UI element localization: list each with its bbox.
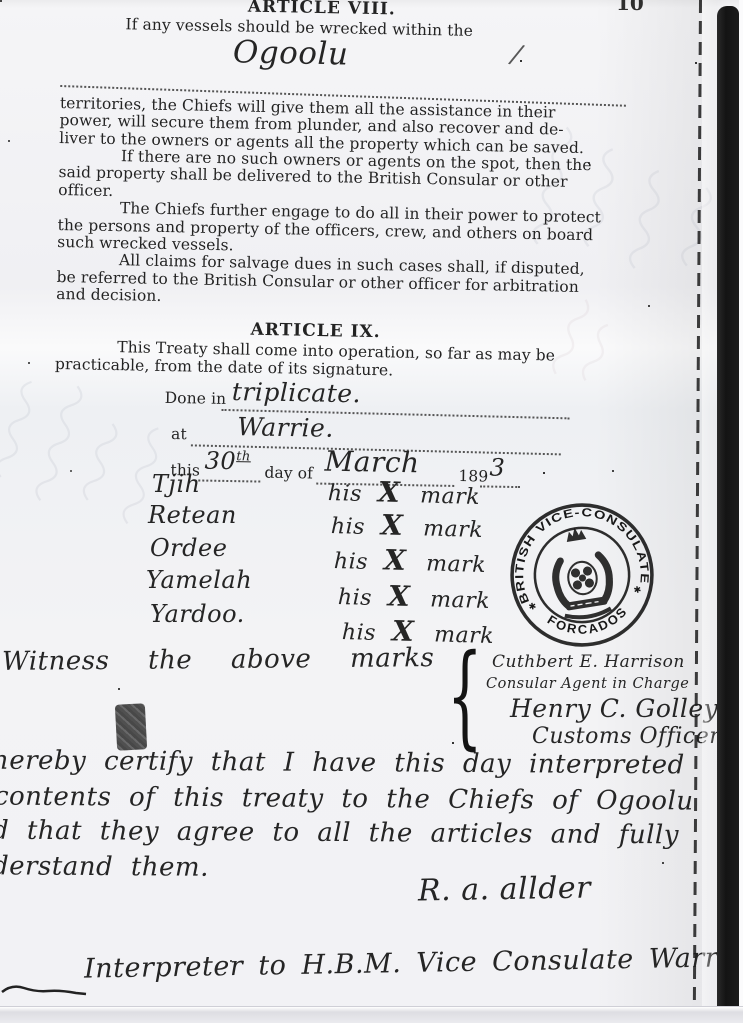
mark-x: X bbox=[381, 508, 404, 542]
place-value-handwritten: Warrie. bbox=[237, 412, 334, 443]
witness-brace: { bbox=[447, 640, 483, 752]
consulate-seal: BRITISH VICE-CONSULATE FORCADOS ✱ ✱ bbox=[495, 488, 669, 662]
mark-word: mark bbox=[426, 551, 486, 578]
page-curl-highlight bbox=[702, 0, 717, 1023]
certification-line: derstand them. bbox=[0, 851, 209, 883]
scan-speckles bbox=[0, 0, 2, 2]
day-value-handwritten: 30th bbox=[204, 447, 251, 476]
at-label: at bbox=[171, 426, 187, 444]
dotted-rule bbox=[198, 479, 260, 482]
signatory-name: Yamelah bbox=[146, 566, 252, 594]
page-number: 10 bbox=[616, 0, 644, 15]
mark-word-his: his bbox=[338, 585, 373, 611]
mark-x: X bbox=[388, 579, 411, 613]
witness-signature: Henry C. Golley bbox=[510, 694, 718, 723]
mark-word: mark bbox=[423, 516, 483, 543]
signatory-name: Ordee bbox=[150, 534, 227, 562]
coat-of-arms bbox=[548, 525, 615, 621]
seal-separator-star: ✱ bbox=[633, 585, 642, 596]
his-mark-row: hisXmark bbox=[338, 578, 491, 615]
scan-edge-right bbox=[739, 0, 743, 1023]
seal-top-text: BRITISH VICE-CONSULATE bbox=[503, 496, 653, 606]
certification-line: d that they agree to all the articles an… bbox=[0, 816, 679, 851]
mark-word-his: his bbox=[342, 620, 377, 646]
scanned-treaty-page: 10 / ARTICLE VIII. If any vessels should… bbox=[0, 0, 743, 1023]
his-mark-row: hisXmark bbox=[334, 542, 487, 579]
mark-x: X bbox=[378, 475, 401, 509]
done-in-label: Done in bbox=[165, 390, 227, 408]
his-mark-row: hisXmark bbox=[331, 507, 484, 544]
certification-line: contents of this treaty to the Chiefs of… bbox=[0, 782, 694, 817]
signatory-name: Retean bbox=[148, 501, 237, 529]
signatory-name: Yardoo. bbox=[150, 600, 245, 628]
mark-x: X bbox=[384, 543, 407, 577]
bottom-scan-edge bbox=[0, 1006, 743, 1023]
day-of-label: day of bbox=[264, 465, 313, 483]
territory-blank: Ogoolu bbox=[60, 33, 581, 105]
witness-title: Consular Agent in Charge bbox=[486, 676, 689, 692]
territory-name-handwritten: Ogoolu bbox=[233, 44, 349, 64]
footer-line: Interpreter to H.B.M. Vice Consulate War… bbox=[84, 942, 728, 984]
ink-smudge bbox=[115, 703, 147, 751]
dotted-rule bbox=[480, 485, 520, 488]
done-in-value-handwritten: triplicate. bbox=[232, 377, 362, 408]
mark-word-his: his bbox=[328, 481, 363, 507]
svg-text:BRITISH VICE-CONSULATE: BRITISH VICE-CONSULATE bbox=[503, 496, 653, 606]
seal-separator-star: ✱ bbox=[528, 602, 537, 613]
binding-bar bbox=[717, 6, 739, 1010]
mark-word-his: his bbox=[331, 514, 366, 540]
his-mark-row: hisXmark bbox=[328, 474, 481, 511]
mark-word-his: his bbox=[334, 549, 369, 575]
year-digit-handwritten: 3 bbox=[489, 454, 505, 482]
interpreter-signature: R. a. allder bbox=[418, 870, 592, 908]
witness-signature: Cuthbert E. Harrison bbox=[492, 652, 685, 672]
mark-word: mark bbox=[430, 587, 490, 614]
certification-line: hereby certify that I have this day inte… bbox=[0, 746, 685, 781]
article-viii-section: ARTICLE VIII. If any vessels should be w… bbox=[55, 0, 582, 383]
day-suffix: th bbox=[236, 449, 251, 464]
signatory-name: Tjih bbox=[152, 470, 201, 498]
witness-statement: Witness the above marks bbox=[2, 643, 435, 677]
pen-squiggle bbox=[0, 982, 90, 1002]
mark-word: mark bbox=[420, 483, 480, 510]
